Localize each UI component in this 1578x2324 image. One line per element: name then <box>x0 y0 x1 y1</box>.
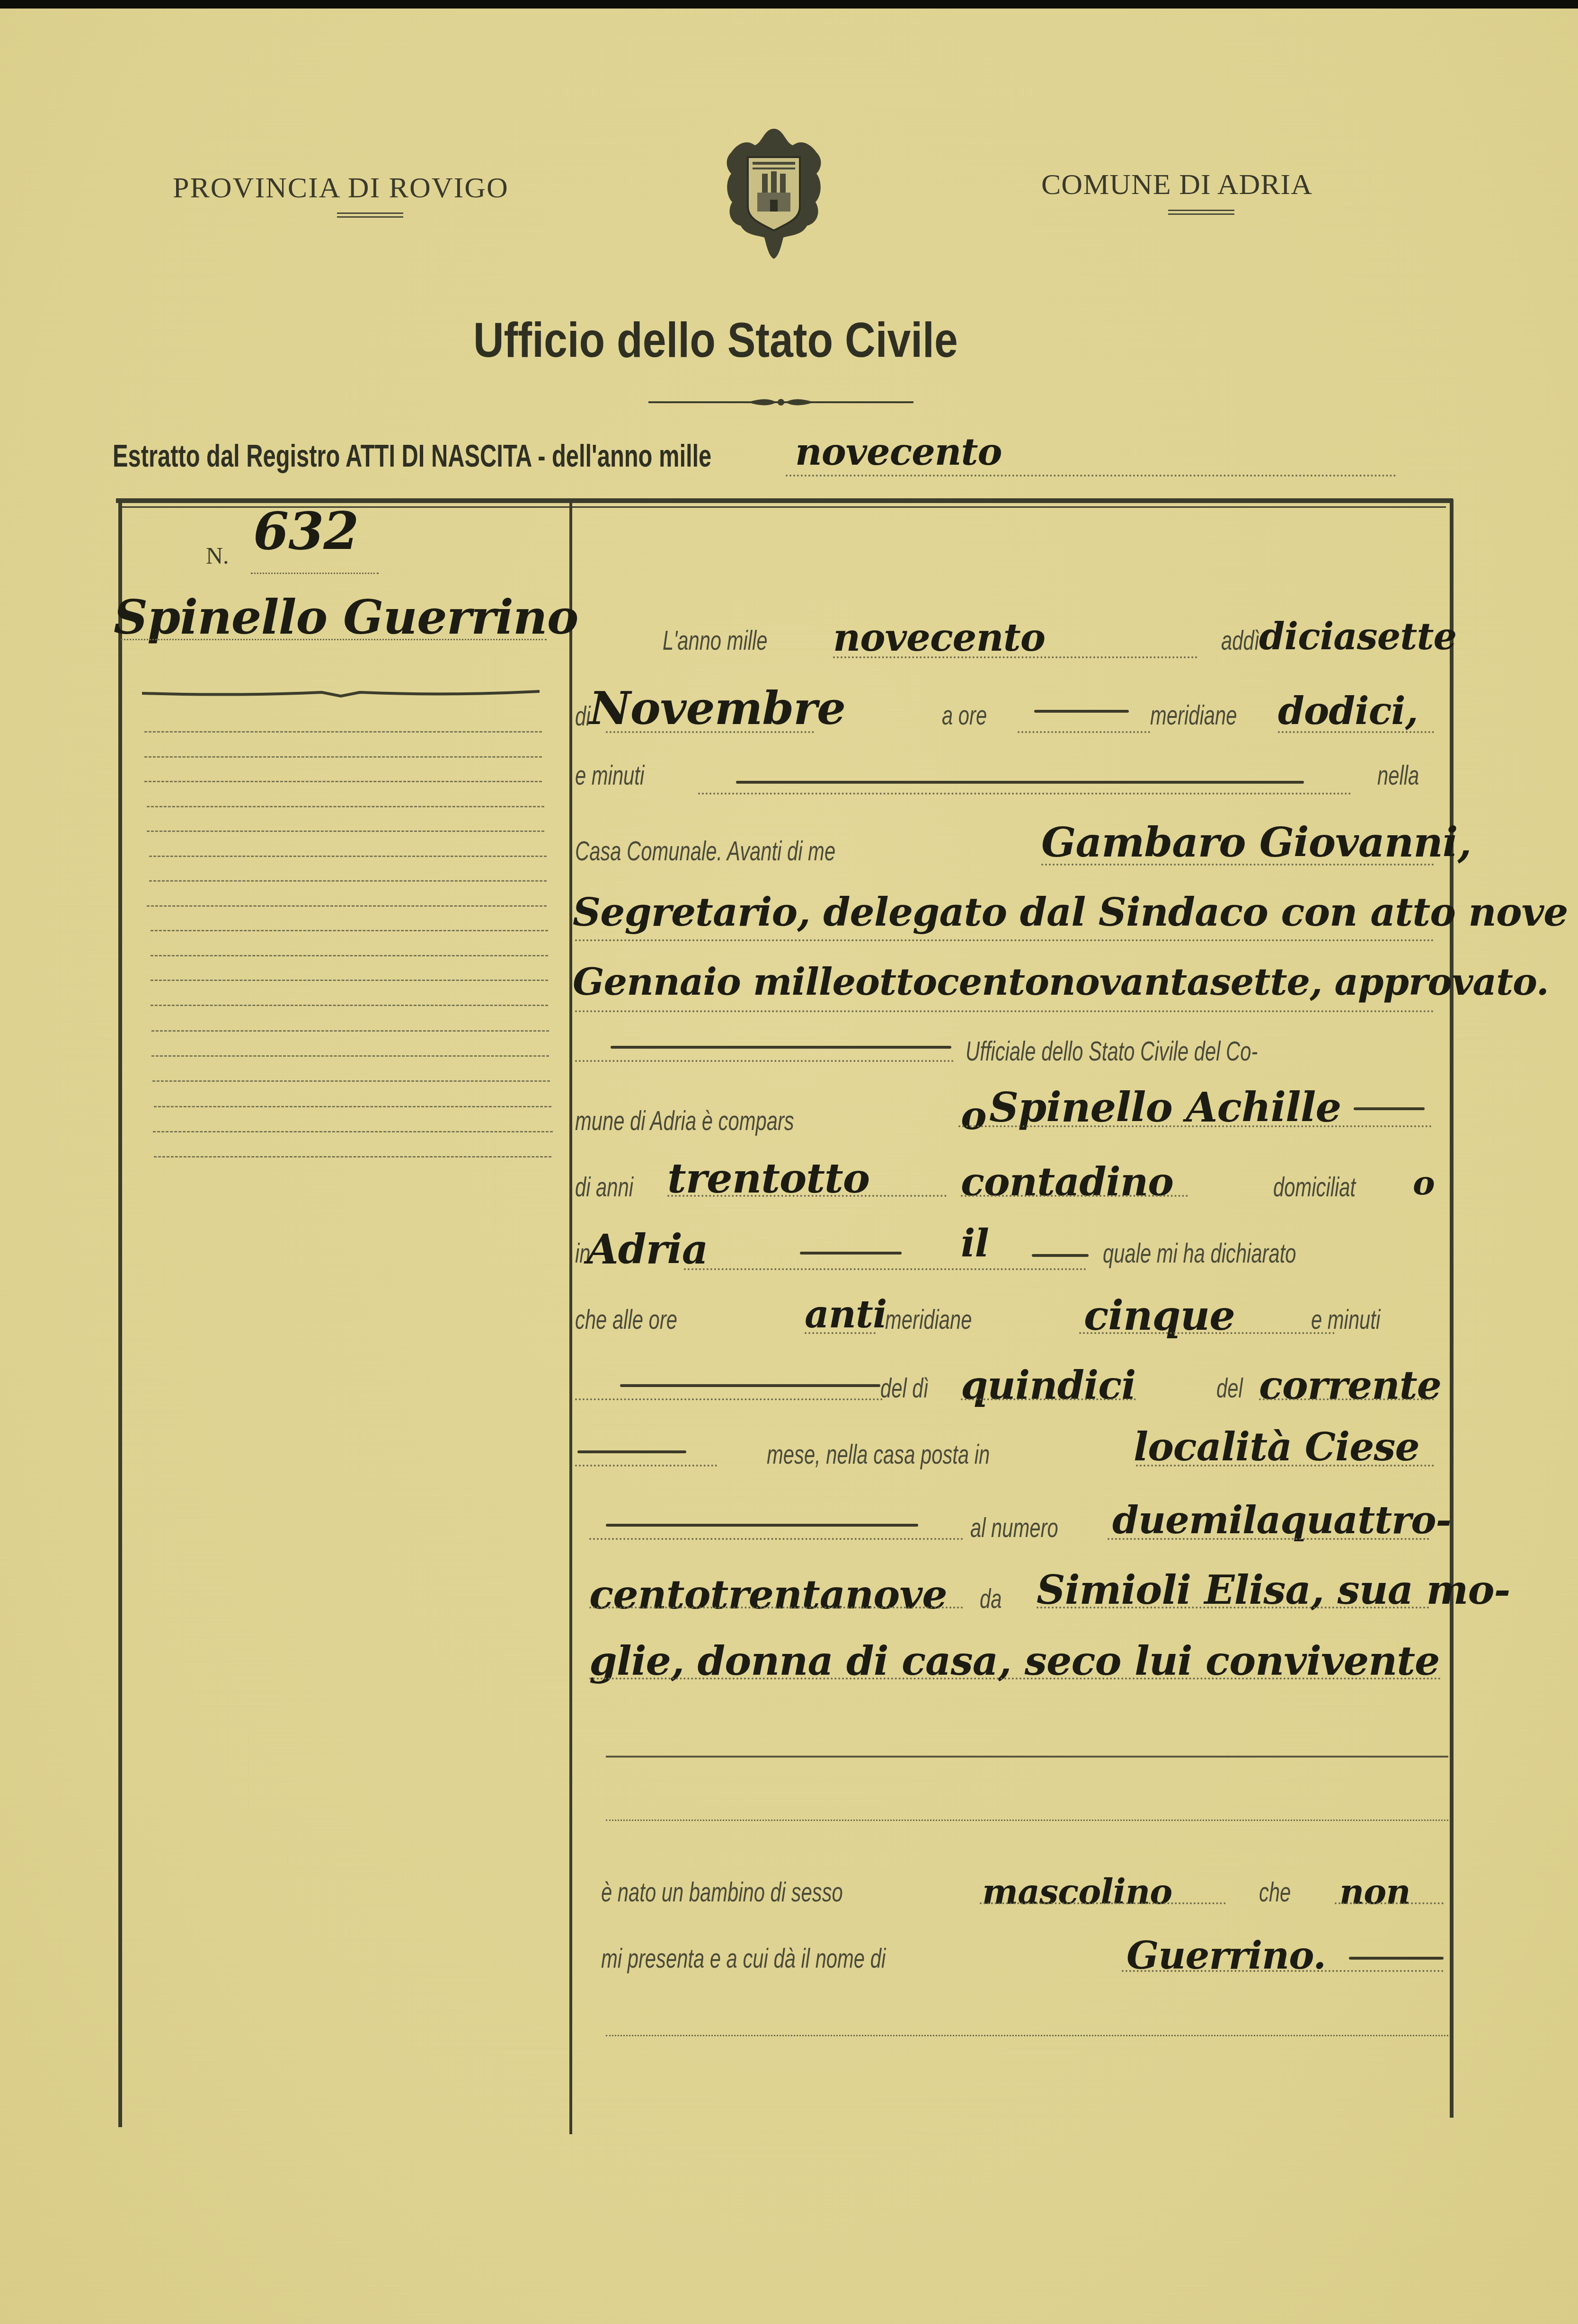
text-meridiane-2: meridiane <box>885 1304 972 1335</box>
hour-handwritten: dodici, <box>1278 689 1418 733</box>
line16-dotted-line <box>589 1678 1441 1679</box>
minutes2-dotted-line <box>575 1398 883 1400</box>
month-dotted-line <box>606 731 814 733</box>
extract-line-label: Estratto dal Registro ATTI DI NASCITA - … <box>113 438 711 474</box>
text-che: che <box>1259 1876 1291 1908</box>
declarant-name-handwritten: Spinello Achille <box>989 1084 1341 1131</box>
text-meridiane: meridiane <box>1150 699 1237 731</box>
sex-handwritten: mascolino <box>982 1872 1172 1912</box>
house-number-cont-handwritten: centotrentanove <box>589 1571 947 1618</box>
text-quale-mi-ha-dichiarato: quale mi ha dichiarato <box>1103 1237 1296 1269</box>
blank-dotted-line-1 <box>606 1820 1448 1821</box>
year-dotted-line <box>833 656 1197 658</box>
text-e-nato-un-bambino: è nato un bambino di sesso <box>601 1876 843 1908</box>
line14-blank-stroke <box>606 1524 918 1527</box>
frame-right-border <box>1450 499 1454 2118</box>
delegation-date-handwritten: Gennaio milleottocentonovantasette, appr… <box>573 961 1549 1004</box>
blank-rule-1 <box>606 1756 1448 1758</box>
child-name-margin: Spinello Guerrino <box>114 589 578 645</box>
text-addi: addì <box>1221 625 1259 656</box>
office-title: Ufficio dello Stato Civile <box>473 312 958 369</box>
name-dotted-line <box>121 639 547 640</box>
text-mese-nella-casa: mese, nella casa posta in <box>767 1439 990 1470</box>
text-mi-presenta: mi presenta e a cui dà il nome di <box>601 1943 886 1974</box>
official-title-handwritten: Segretario, delegato dal Sindaco con att… <box>573 890 1568 935</box>
text-di-anni: di anni <box>575 1171 633 1203</box>
profession-dotted-line <box>961 1195 1188 1197</box>
commune-label: COMUNE DI ADRIA <box>1041 168 1312 202</box>
text-e-minuti-2: e minuti <box>1311 1304 1380 1335</box>
commune-underline <box>1168 210 1234 215</box>
article-handwritten: il <box>961 1221 989 1265</box>
hour-dotted-line <box>1018 731 1150 733</box>
text-domiciliat: domiciliat <box>1273 1171 1356 1203</box>
text-nella: nella <box>1377 760 1419 791</box>
official-dotted-line <box>1041 864 1434 866</box>
text-del: del <box>1216 1372 1243 1404</box>
text-a-ore: a ore <box>942 699 987 731</box>
column-divider <box>569 502 572 2134</box>
line15-left-dotted-line <box>589 1607 963 1608</box>
line13-dotted-line <box>575 1465 717 1467</box>
number-dotted-line <box>251 573 379 574</box>
line14-dotted-line <box>589 1538 963 1540</box>
presented-handwritten: non <box>1339 1872 1410 1912</box>
birth-day-handwritten: quindici <box>961 1363 1135 1408</box>
hour2-dotted-line <box>1278 731 1434 733</box>
minutes-dotted-line <box>698 793 1351 795</box>
age-dotted-line <box>667 1195 947 1197</box>
location-dotted-line <box>1136 1465 1434 1467</box>
domicile-place-handwritten: Adria <box>587 1226 708 1273</box>
sex-dotted-line <box>980 1902 1226 1904</box>
ampm-dotted-line <box>805 1332 876 1334</box>
ornament-flourish-icon <box>142 689 540 698</box>
scan-top-edge <box>0 0 1578 9</box>
extract-year-dotted-line <box>786 475 1396 477</box>
minutes-blank-stroke <box>736 781 1304 784</box>
text-al-numero: al numero <box>970 1512 1058 1544</box>
text-ufficiale: Ufficiale dello Stato Civile del Co- <box>966 1035 1258 1067</box>
line6-dotted-line <box>575 1010 1434 1012</box>
text-e-minuti: e minuti <box>575 760 644 791</box>
province-label: PROVINCIA DI ROVIGO <box>173 171 509 205</box>
line7-dotted-line <box>575 1060 954 1062</box>
extract-year-handwritten: novecento <box>795 431 1002 474</box>
mother-dotted-line <box>1037 1607 1429 1608</box>
text-mune-di-adria: mune di Adria è compars <box>575 1105 794 1137</box>
ornament-divider-icon <box>648 395 913 409</box>
blank-dotted-line-2 <box>606 2035 1448 2036</box>
house-number-handwritten: duemilaquattro- <box>1112 1498 1451 1542</box>
declarant-blank-stroke <box>1354 1107 1425 1110</box>
house-number-dotted-line <box>1108 1538 1429 1540</box>
birth-day-dotted-line <box>961 1398 1136 1400</box>
domicile-dotted-line <box>684 1268 1086 1270</box>
location-handwritten: località Ciese <box>1134 1424 1419 1470</box>
day-handwritten: diciasette <box>1259 615 1456 658</box>
given-name-blank-stroke <box>1349 1957 1444 1960</box>
gender-suffix-handwritten: o <box>961 1093 986 1139</box>
presented-dotted-line <box>1335 1902 1444 1904</box>
month-ref-handwritten: corrente <box>1259 1363 1441 1408</box>
ampm-handwritten: anti <box>805 1292 887 1336</box>
minutes2-blank-stroke <box>620 1384 880 1387</box>
article-blank-stroke <box>1032 1254 1089 1257</box>
month-handwritten: Novembre <box>589 681 845 735</box>
month-ref-dotted-line <box>1259 1398 1434 1400</box>
line13-blank-stroke <box>577 1450 686 1453</box>
text-che-alle-ore: che alle ore <box>575 1304 677 1335</box>
profession-handwritten: contadino <box>961 1159 1173 1205</box>
record-number-label: N. <box>206 542 229 569</box>
line7-blank-stroke <box>611 1046 951 1049</box>
birth-hour-dotted-line <box>1079 1332 1335 1334</box>
hour-blank-stroke <box>1034 710 1129 713</box>
frame-left-border <box>118 499 122 2127</box>
text-anno-mille: L'anno mille <box>663 625 768 656</box>
domicile-blank-stroke <box>800 1252 902 1255</box>
coat-of-arms-icon <box>717 124 831 261</box>
text-di: di <box>575 700 591 732</box>
declarant-dotted-line <box>958 1125 1432 1127</box>
line5-dotted-line <box>575 939 1434 941</box>
text-da: da <box>980 1583 1002 1615</box>
record-number-value: 632 <box>253 502 358 561</box>
domicile-suffix-handwritten: o <box>1413 1163 1435 1202</box>
text-del-di: del dì <box>880 1372 929 1404</box>
text-casa-comunale: Casa Comunale. Avanti di me <box>575 835 835 867</box>
given-name-dotted-line <box>1122 1970 1444 1972</box>
year-handwritten: novecento <box>833 615 1045 660</box>
province-underline <box>337 212 403 218</box>
official-name-handwritten: Gambaro Giovanni, <box>1041 819 1471 866</box>
